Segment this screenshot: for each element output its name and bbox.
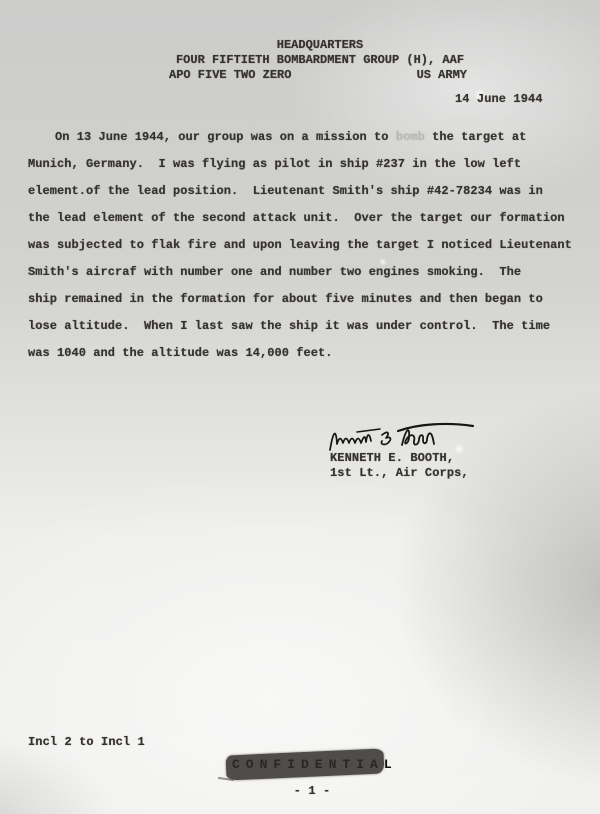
report-line-1-prefix: On 13 June 1944, our group was on a miss… [55, 130, 396, 144]
page-number: - 1 - [290, 784, 334, 798]
letterhead: HEADQUARTERS FOUR FIFTIETH BOMBARDMENT G… [105, 38, 535, 83]
signer-typed-name: KENNETH E. BOOTH, [330, 451, 454, 466]
report-line: On 13 June 1944, our group was on a miss… [28, 124, 584, 151]
report-paragraph: On 13 June 1944, our group was on a miss… [28, 124, 584, 367]
headquarters-title: HEADQUARTERS [105, 38, 535, 53]
scanned-document-page: HEADQUARTERS FOUR FIFTIETH BOMBARDMENT G… [0, 0, 600, 814]
us-army-label: US ARMY [417, 68, 467, 83]
report-line: the lead element of the second attack un… [28, 205, 584, 232]
unit-name: FOUR FIFTIETH BOMBARDMENT GROUP (H), AAF [105, 53, 535, 68]
report-line: ship remained in the formation for about… [28, 286, 584, 313]
report-line: element.of the lead position. Lieutenant… [28, 178, 584, 205]
signer-rank-title: 1st Lt., Air Corps, [330, 466, 469, 481]
report-line: lose altitude. When I last saw the ship … [28, 313, 584, 340]
document-date: 14 June 1944 [455, 92, 543, 106]
report-line: Smith's aircraf with number one and numb… [28, 259, 584, 286]
report-line-1-suffix: the target at [425, 130, 527, 144]
report-line: was subjected to flak fire and upon leav… [28, 232, 584, 259]
smudged-word: bomb [396, 130, 425, 144]
apo-army-row: APO FIVE TWO ZERO US ARMY [105, 68, 535, 83]
report-line: Munich, Germany. I was flying as pilot i… [28, 151, 584, 178]
inclosure-reference: Incl 2 to Incl 1 [28, 735, 145, 749]
redaction-marker-bar [226, 748, 385, 780]
report-line: was 1040 and the altitude was 14,000 fee… [28, 340, 584, 367]
signature-name-text: Kenneth E Booth [0, 0, 1, 1]
apo-address: APO FIVE TWO ZERO [169, 68, 291, 83]
